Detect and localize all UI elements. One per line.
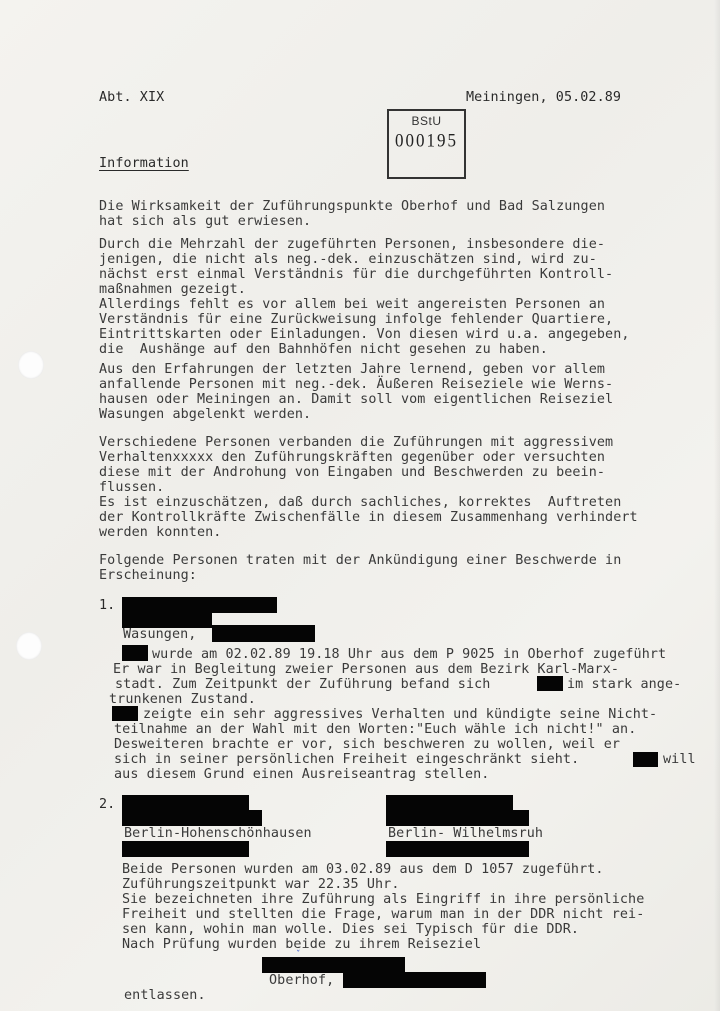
punch-hole-top (18, 351, 44, 379)
department-label: Abt. XIX (99, 90, 164, 106)
text-line: Sie bezeichneten ihre Zuführung als Eing… (122, 892, 644, 908)
case-town-b: Berlin- Wilhelmsruh (388, 826, 543, 842)
text-line: werden konnten. (99, 525, 221, 541)
case-town: Wasungen, (123, 627, 196, 643)
place-date: Meiningen, 05.02.89 (466, 90, 621, 106)
text-line: Die Wirksamkeit der Zuführungspunkte Obe… (99, 199, 605, 215)
text-line: flussen. (99, 480, 164, 496)
text-line: Nach Prüfung wurden beide zu ihrem Reise… (122, 937, 481, 953)
text-line: Wasungen abgelenkt werden. (99, 407, 311, 423)
text-line: Verschiedene Personen verbanden die Zufü… (99, 435, 613, 451)
document-page: Abt. XIX Meiningen, 05.02.89 BStU 000195… (0, 0, 720, 1011)
redaction-name (122, 597, 277, 613)
text-line: will (663, 752, 696, 768)
redaction-name-b (386, 795, 513, 811)
text-line: diese mit der Androhung von Eingaben und… (99, 465, 605, 481)
text-line: die Aushänge auf den Bahnhöfen nicht ges… (99, 342, 548, 358)
text-line: Erscheinung: (99, 568, 197, 584)
text-line: wurde am 02.02.89 19.18 Uhr aus dem P 90… (152, 647, 666, 663)
text-line: hat sich als gut erwiesen. (99, 214, 311, 230)
redaction-subject (112, 706, 138, 721)
text-line: zeigte ein sehr aggressives Verhalten un… (143, 707, 657, 723)
redaction-name-a (122, 795, 249, 811)
text-line: Es ist einzuschätzen, daß durch sachlich… (99, 495, 621, 511)
destination-town: Oberhof, (269, 973, 334, 989)
redaction-subject (633, 752, 658, 767)
redaction-destination-address (343, 972, 486, 988)
text-line: Durch die Mehrzahl der zugeführten Perso… (99, 237, 605, 253)
redaction-name-b-2 (386, 810, 529, 826)
punch-hole-bottom (16, 632, 42, 660)
redaction-destination (262, 957, 405, 973)
text-line: Folgende Personen traten mit der Ankündi… (99, 553, 621, 569)
text-line: teilnahme an der Wahl mit den Worten:"Eu… (114, 722, 636, 738)
redaction-address-a (122, 841, 249, 857)
text-line: jenigen, die nicht als neg.-dek. einzusc… (99, 252, 597, 268)
text-line: anfallende Personen mit neg.-dek. Äußere… (99, 377, 613, 393)
archive-stamp: BStU 000195 (387, 109, 466, 179)
text-line: Verhaltenxxxxx den Zuführungskräften geg… (99, 450, 605, 466)
redaction-name-a-2 (122, 810, 262, 826)
closing-word: entlassen. (124, 988, 206, 1004)
document-title: Information (99, 156, 189, 172)
text-line: stadt. Zum Zeitpunkt der Zuführung befan… (115, 677, 490, 693)
text-line: maßnahmen gezeigt. (99, 282, 246, 298)
text-line: Beide Personen wurden am 03.02.89 aus de… (122, 862, 604, 878)
text-line: Zuführungszeitpunkt war 22.35 Uhr. (122, 877, 400, 893)
text-line: Desweiteren brachte er vor, sich beschwe… (114, 737, 620, 753)
text-line: hausen oder Meiningen an. Damit soll vom… (99, 392, 613, 408)
text-line: der Kontrollkräfte Zwischenfälle in dies… (99, 510, 638, 526)
text-line: sich in seiner persönlichen Freiheit ein… (114, 752, 579, 768)
case-number: 2. (99, 797, 115, 813)
stamp-archive-label: BStU (389, 114, 464, 128)
redaction-address (212, 625, 315, 642)
case-town-a: Berlin-Hohenschönhausen (124, 826, 312, 842)
stamp-number: 000195 (389, 130, 464, 152)
redaction-address-b (386, 841, 529, 857)
text-line: im stark ange- (567, 677, 681, 693)
redaction-name-2 (122, 612, 212, 628)
case-number: 1. (99, 598, 115, 614)
text-line: Aus den Erfahrungen der letzten Jahre le… (99, 362, 605, 378)
text-line: Verständnis für eine Zurückweisung infol… (99, 312, 613, 328)
text-line: Freiheit und stellten die Frage, warum m… (122, 907, 644, 923)
redaction-subject (537, 676, 563, 691)
text-line: Allerdings fehlt es vor allem bei weit a… (99, 297, 605, 313)
text-line: Eintrittskarten oder Einladungen. Von di… (99, 327, 630, 343)
redaction-subject (122, 645, 148, 661)
text-line: aus diesem Grund einen Ausreiseantrag st… (114, 767, 489, 783)
text-line: nächst erst einmal Verständnis für die d… (99, 267, 613, 283)
text-line: sen kann, wohin man wolle. Dies sei Typi… (122, 922, 579, 938)
